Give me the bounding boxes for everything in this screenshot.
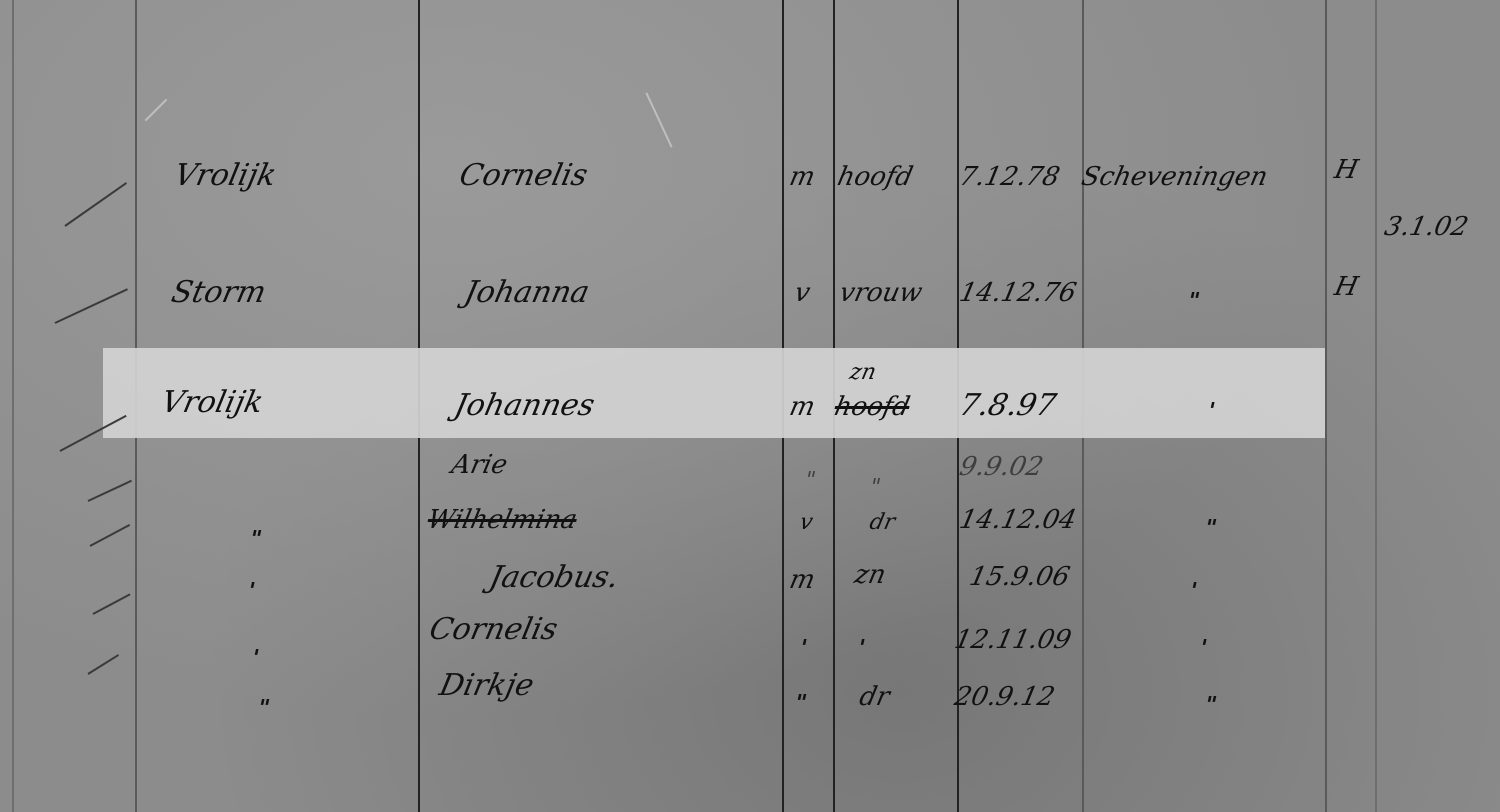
margin-tick	[87, 654, 119, 675]
relation-cell: dr	[857, 682, 892, 712]
scan-scratch	[645, 92, 672, 147]
given-name-cell: Wilhelmina	[425, 505, 580, 535]
birth-date-cell: 15.9.06	[967, 562, 1073, 592]
relation-struck-cell: hoofd	[832, 392, 913, 422]
surname-cell: '	[249, 645, 261, 671]
birth-date-cell: 7.12.78	[957, 162, 1063, 192]
sex-cell: m	[787, 565, 818, 595]
birth-place-cell: "	[1202, 515, 1219, 541]
sex-cell: v	[792, 278, 813, 308]
margin-tick	[90, 524, 131, 547]
sex-cell: v	[797, 510, 815, 535]
column-rule	[1325, 0, 1327, 812]
margin-tick	[88, 480, 132, 502]
religion-cell: H	[1332, 155, 1361, 185]
birth-place-cell: "	[1185, 288, 1202, 314]
given-name-cell: Johannes	[451, 388, 598, 423]
given-name-cell: Cornelis	[426, 612, 560, 647]
birth-date-cell: 9.9.02	[957, 452, 1046, 482]
register-page: Vrolijk Cornelis m hoofd 7.12.78 Scheven…	[0, 0, 1500, 812]
surname-cell: Vrolijk	[158, 385, 266, 420]
margin-note: 3.1.02	[1382, 212, 1471, 242]
given-name-cell: Cornelis	[456, 158, 590, 193]
surname-cell: "	[255, 695, 272, 721]
birth-place-cell: "	[1202, 692, 1219, 718]
scan-scratch	[145, 99, 168, 122]
sex-cell: m	[787, 162, 818, 192]
surname-cell: Storm	[168, 275, 269, 310]
surname-cell: '	[245, 578, 257, 604]
birth-date-cell: 20.9.12	[952, 682, 1058, 712]
birth-date-cell: 14.12.04	[957, 505, 1079, 535]
margin-tick	[64, 182, 127, 227]
column-rule	[12, 0, 14, 812]
sex-cell: "	[802, 468, 817, 493]
relation-cell: '	[855, 635, 867, 661]
sex-cell: "	[792, 690, 809, 716]
birth-date-cell: 14.12.76	[957, 278, 1079, 308]
relation-correction: zn	[847, 360, 878, 385]
birth-date-cell: 7.8.97	[956, 388, 1059, 423]
religion-cell: H	[1332, 272, 1361, 302]
relation-cell: zn	[852, 560, 889, 590]
given-name-cell: Johanna	[461, 275, 592, 310]
margin-tick	[55, 288, 128, 324]
given-name-cell: Arie	[449, 450, 510, 480]
birth-place-cell: '	[1187, 578, 1199, 604]
surname-cell: "	[247, 526, 264, 552]
relation-cell: hoofd	[835, 162, 916, 192]
relation-cell: dr	[867, 510, 897, 535]
birth-place-cell: Scheveningen	[1079, 162, 1271, 192]
birth-place-cell: '	[1197, 635, 1209, 661]
relation-cell: vrouw	[837, 278, 925, 308]
given-name-cell: Jacobus.	[486, 560, 622, 595]
relation-cell: "	[867, 475, 882, 500]
highlighted-row-band	[103, 348, 1325, 438]
margin-tick	[93, 593, 131, 614]
surname-cell: Vrolijk	[171, 158, 279, 193]
birth-date-cell: 12.11.09	[952, 625, 1074, 655]
sex-cell: '	[797, 635, 809, 661]
column-rule	[1375, 0, 1377, 812]
given-name-cell: Dirkje	[436, 668, 537, 703]
